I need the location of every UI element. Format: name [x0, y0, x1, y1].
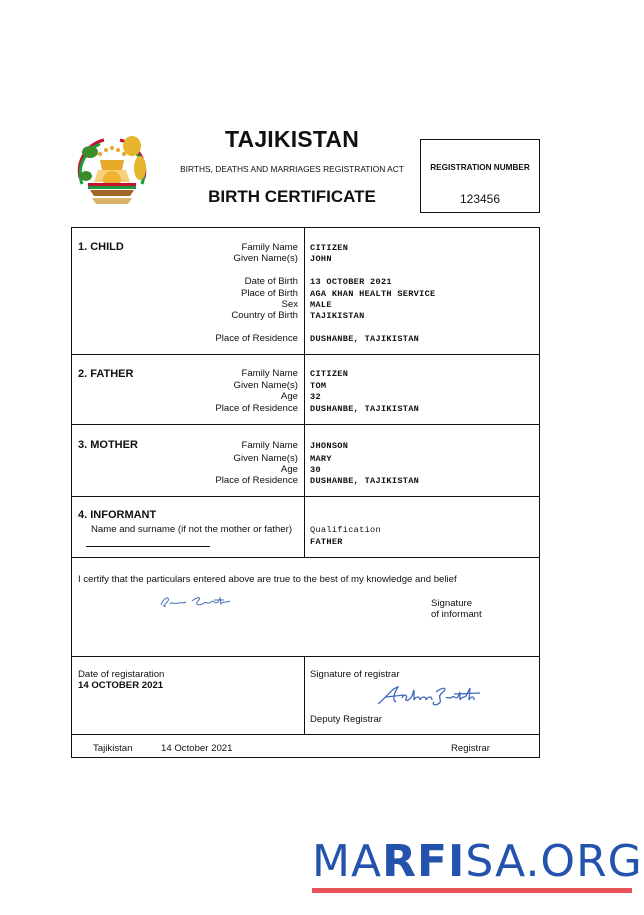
watermark-underline [312, 888, 632, 893]
value-family-name: JHONSON [310, 441, 348, 452]
divider [72, 354, 539, 355]
informant-name-label: Name and surname (if not the mother or f… [91, 524, 292, 535]
coat-of-arms-icon [70, 128, 154, 212]
value-place-of-residence: DUSHANBE, TAJIKISTAN [310, 476, 419, 487]
certification-statement: I certify that the particulars entered a… [78, 574, 457, 585]
label-given-names: Given Name(s) [233, 453, 298, 464]
value-place-of-residence: DUSHANBE, TAJIKISTAN [310, 404, 419, 415]
certificate-table: 1. CHILD Family Name Given Name(s) Date … [71, 227, 540, 758]
label-place-of-residence: Place of Residence [215, 475, 298, 486]
value-sex: MALE [310, 300, 332, 311]
divider [72, 734, 539, 735]
label-given-names: Given Name(s) [233, 253, 298, 264]
value-date-of-birth: 13 OCTOBER 2021 [310, 277, 392, 288]
value-age: 32 [310, 392, 321, 403]
value-given-names: TOM [310, 381, 326, 392]
label-family-name: Family Name [241, 440, 298, 451]
value-family-name: CITIZEN [310, 369, 348, 380]
section-title: 3. MOTHER [78, 439, 138, 451]
value-family-name: CITIZEN [310, 243, 348, 254]
label-family-name: Family Name [241, 242, 298, 253]
country-title: TAJIKISTAN [160, 126, 424, 153]
registration-number-label: REGISTRATION NUMBER [421, 163, 539, 172]
label-age: Age [281, 391, 298, 402]
registrar-title: Deputy Registrar [310, 714, 382, 725]
label-date-of-birth: Date of Birth [245, 276, 298, 287]
value-country-of-birth: TAJIKISTAN [310, 311, 365, 322]
label-given-names: Given Name(s) [233, 380, 298, 391]
footer-place: Tajikistan [93, 743, 132, 754]
value-age: 30 [310, 465, 321, 476]
divider [72, 557, 539, 558]
informant-signature [158, 593, 234, 611]
divider [72, 424, 539, 425]
registration-date-value: 14 OCTOBER 2021 [78, 680, 163, 691]
value-place-of-residence: DUSHANBE, TAJIKISTAN [310, 334, 419, 345]
act-subtitle: BIRTHS, DEATHS AND MARRIAGES REGISTRATIO… [160, 164, 424, 174]
registration-number-value: 123456 [421, 192, 539, 206]
informant-name-line [86, 546, 210, 547]
watermark-part: SA.ORG [465, 836, 642, 887]
divider [72, 496, 539, 497]
watermark-part: RFI [382, 836, 465, 887]
label-country-of-birth: Country of Birth [231, 310, 298, 321]
footer-role: Registrar [451, 743, 490, 754]
label-sex: Sex [281, 299, 298, 310]
label-age: Age [281, 464, 298, 475]
label-place-of-residence: Place of Residence [215, 403, 298, 414]
registration-date-label: Date of registaration [78, 669, 164, 680]
label-place-of-birth: Place of Birth [241, 288, 298, 299]
document-title: BIRTH CERTIFICATE [160, 187, 424, 207]
divider [304, 656, 305, 734]
label-place-of-residence: Place of Residence [215, 333, 298, 344]
registration-number-box: REGISTRATION NUMBER 123456 [420, 139, 540, 213]
section-title: 2. FATHER [78, 368, 133, 380]
qualification-value: FATHER [310, 537, 343, 548]
signature-label: Signature [431, 598, 472, 609]
label-family-name: Family Name [241, 368, 298, 379]
footer-date: 14 October 2021 [161, 743, 232, 754]
value-given-names: MARY [310, 454, 332, 465]
value-given-names: JOHN [310, 254, 332, 265]
watermark: MARFISA.ORG [312, 838, 634, 893]
divider [72, 656, 539, 657]
section-title: 4. INFORMANT [78, 509, 156, 521]
value-place-of-birth: AGA KHAN HEALTH SERVICE [310, 289, 436, 300]
divider [304, 228, 305, 557]
signature-label-informant: of informant [431, 609, 482, 620]
registrar-signature-label: Signature of registrar [310, 669, 400, 680]
registrar-signature [374, 684, 482, 708]
watermark-text: MARFISA.ORG [312, 838, 634, 886]
watermark-part: MA [312, 836, 382, 887]
qualification-label: Qualification [310, 525, 381, 536]
section-title: 1. CHILD [78, 241, 124, 253]
